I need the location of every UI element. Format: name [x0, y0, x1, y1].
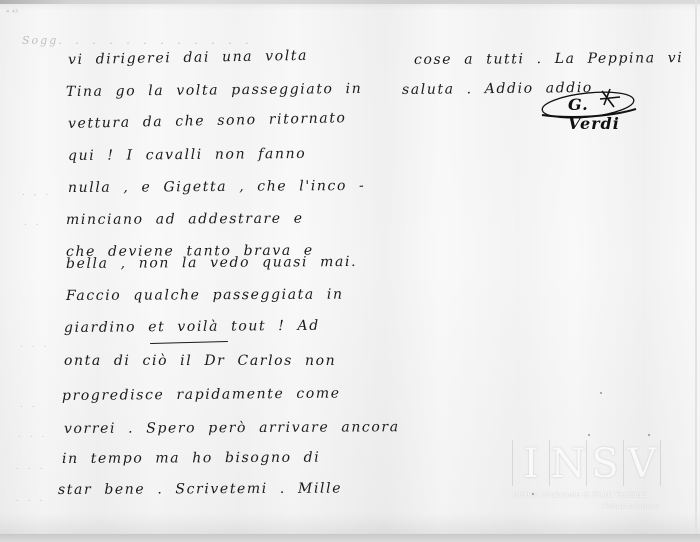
letter-page: ⁴ ⁴³ Sogg. . . . . . . . . . . . vi diri… — [0, 0, 700, 534]
letter-line: Faccio qualche passeggiata in — [66, 287, 344, 304]
margin-mark: . . — [24, 218, 42, 228]
letter-line: qui ! I cavalli non fanno — [68, 146, 306, 164]
margin-mark: . . . — [20, 340, 49, 350]
ink-speck — [600, 392, 602, 394]
signature-name: G. Verdi — [568, 95, 640, 133]
letter-line: bella , non la vedo quasi mai. — [66, 254, 357, 272]
letter-line: progredisce rapidamente come — [62, 386, 341, 404]
archive-corner-mark: ⁴ ⁴³ — [6, 8, 18, 17]
letter-line: vorrei . Spero però arrivare ancora — [64, 419, 400, 437]
margin-mark: . , . — [22, 188, 51, 198]
letter-line: giardino et voilà tout ! Ad — [64, 318, 320, 336]
letter-line: minciano ad addestrare e — [66, 211, 304, 228]
ink-speck — [588, 434, 590, 436]
margin-mark: . . . — [16, 462, 45, 472]
letter-line: in tempo ma ho bisogno di — [62, 450, 320, 467]
watermark-letter: V — [624, 440, 661, 486]
underline-mark — [150, 341, 228, 344]
watermark-letter: I — [512, 440, 550, 486]
page-top-shadow — [0, 0, 700, 4]
letter-line: Tina go la volta passeggiato in — [66, 81, 362, 100]
ink-speck — [532, 493, 534, 495]
scan-bottom-edge — [0, 534, 700, 542]
margin-mark: . . . — [16, 494, 45, 504]
margin-mark: . . — [20, 400, 38, 410]
watermark-subcaption: Fotoriproduzione — [602, 502, 659, 510]
watermark-letter: N — [550, 440, 587, 486]
letter-line: cose a tutti . La Peppina vi — [414, 50, 683, 68]
letter-line: vettura da che sono ritornato — [68, 110, 347, 132]
letter-line: onta di ciò il Dr Carlos non — [64, 353, 336, 369]
watermark-logo: I N S V — [512, 440, 661, 486]
ink-speck — [648, 434, 650, 436]
signature: G. Verdi — [540, 85, 640, 125]
letter-line: vi dirigerei dai una volta — [68, 48, 308, 68]
margin-mark: . . . — [18, 430, 47, 440]
faint-top-line: Sogg. . . . . . . . . . . . — [22, 34, 251, 47]
page-right-edge — [695, 0, 697, 534]
watermark-letter: S — [587, 440, 624, 486]
insv-watermark: I N S V Istituto Nazionale di Studi Verd… — [512, 440, 662, 520]
watermark-caption: Istituto Nazionale di Studi Verdiani — [512, 490, 662, 499]
letter-line: star bene . Scrivetemi . Mille — [58, 481, 342, 498]
letter-line: nulla , e Gigetta , che l'inco - — [68, 178, 365, 196]
